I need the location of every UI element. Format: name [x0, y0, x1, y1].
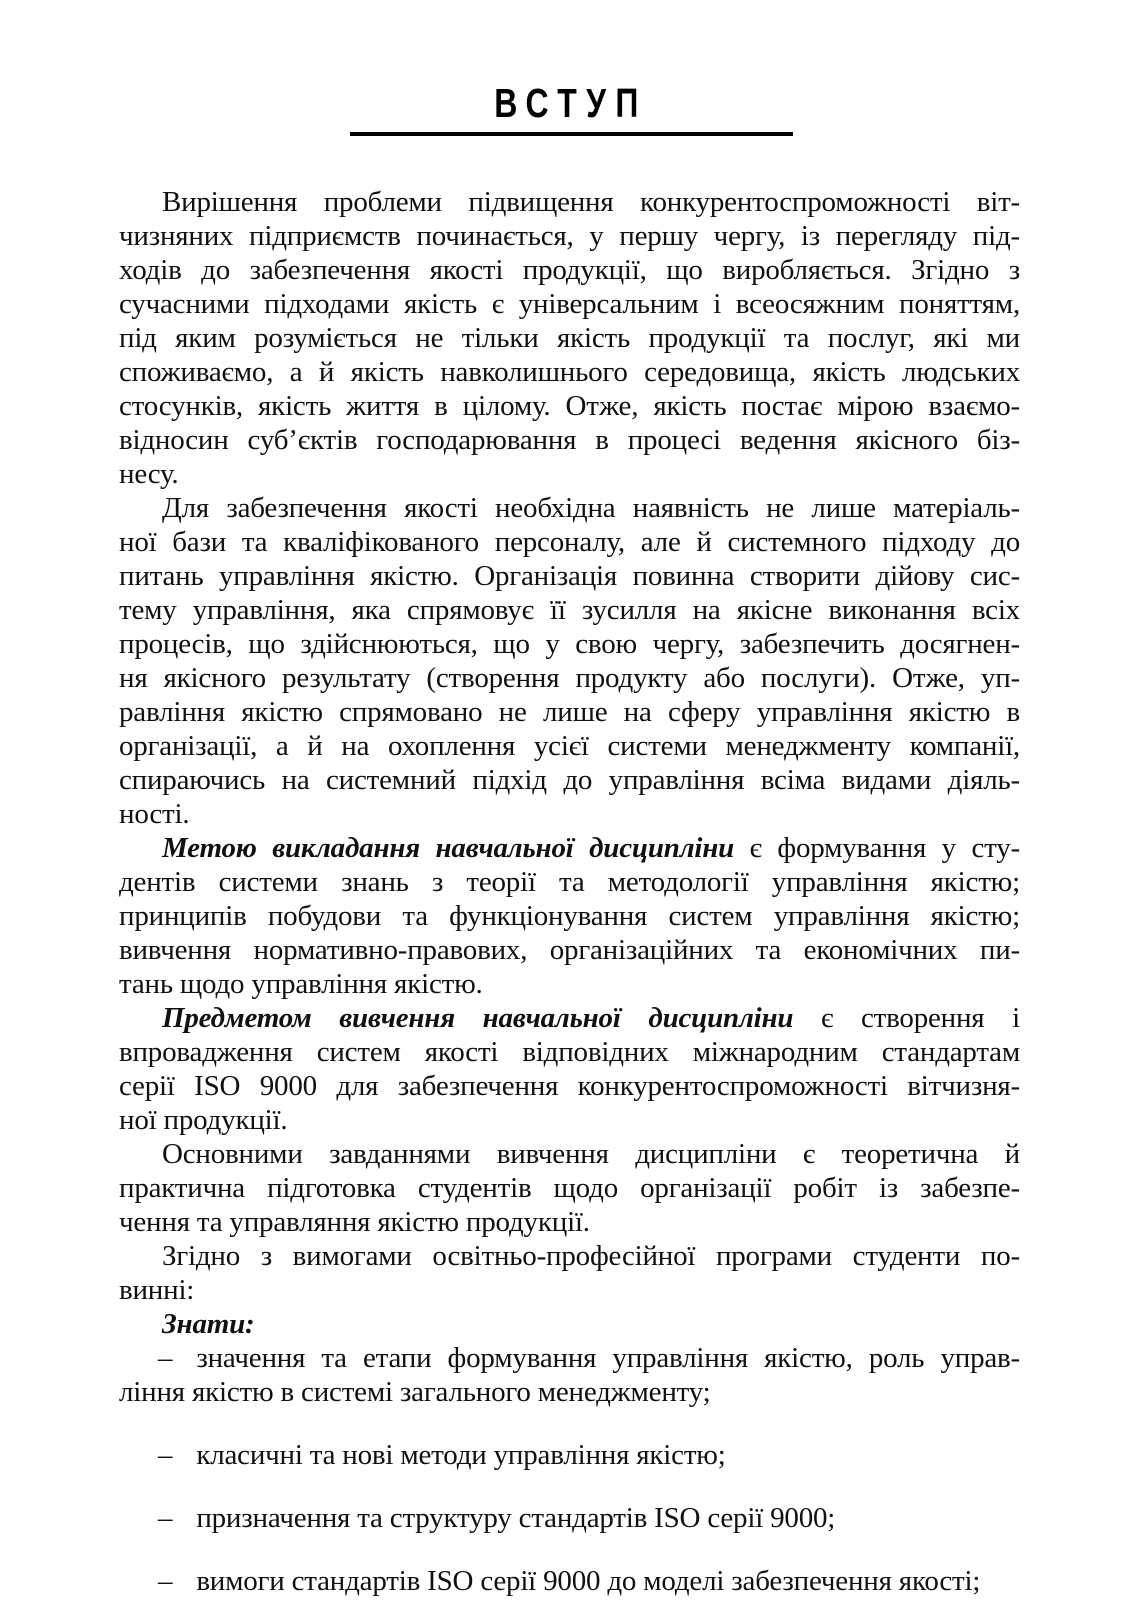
- paragraph: Знати:: [119, 1307, 1020, 1341]
- text-line: тань щодо управління якістю.: [119, 967, 1020, 1001]
- text-segment: вивчення нормативно-правових, організаці…: [119, 934, 1020, 966]
- text-segment: тему управління, яка спрямовує її зусилл…: [119, 594, 1020, 626]
- text-line: –вимоги стандартів ISO серії 9000 до мод…: [119, 1564, 1020, 1598]
- text-segment: питань управління якістю. Організація по…: [119, 560, 1020, 592]
- text-segment: чення та управляння якістю продукції.: [119, 1206, 590, 1238]
- text-line: ходів до забезпечення якості продукції, …: [119, 253, 1020, 287]
- emphasis-text: Метою викладання навчальної дисципліни: [162, 832, 734, 864]
- text-segment: призначення та структуру стандартів ISO …: [196, 1502, 835, 1534]
- paragraph: Для забезпечення якості необхідна наявні…: [119, 491, 1020, 831]
- emphasis-text: Предметом вивчення навчальної дисципліни: [162, 1002, 793, 1034]
- text-segment: равління якістю спрямовано не лише на сф…: [119, 696, 1020, 728]
- text-line: ління якістю в системі загального менедж…: [119, 1375, 1020, 1409]
- text-segment: споживаємо, а й якість навколишнього сер…: [119, 356, 1020, 388]
- paragraph: Вирішення проблеми підвищення конкуренто…: [119, 185, 1020, 491]
- text-segment: Вирішення проблеми підвищення конкуренто…: [162, 186, 1020, 218]
- text-segment: ходів до забезпечення якості продукції, …: [119, 254, 1020, 286]
- text-segment: Основними завданнями вивчення дисципліни…: [162, 1138, 1020, 1170]
- text-segment: під яким розуміється не тільки якість пр…: [119, 322, 1020, 354]
- list-item: –класичні та нові методи управління якіс…: [119, 1438, 1020, 1472]
- text-segment: організації, а й на охоплення усієї сист…: [119, 730, 1020, 762]
- text-segment: Для забезпечення якості необхідна наявні…: [162, 492, 1020, 524]
- text-line: –призначення та структуру стандартів ISO…: [119, 1501, 1020, 1535]
- text-line: сучасними підходами якість є універсальн…: [119, 287, 1020, 321]
- text-segment: значення та етапи формування управління …: [196, 1342, 1020, 1374]
- text-line: винні:: [119, 1273, 1020, 1307]
- text-line: спираючись на системний підхід до управл…: [119, 763, 1020, 797]
- text-segment: принципів побудови та функціонування сис…: [119, 900, 1020, 932]
- paragraph: Предметом вивчення навчальної дисципліни…: [119, 1001, 1020, 1137]
- text-line: принципів побудови та функціонування сис…: [119, 899, 1020, 933]
- text-segment: є формування у сту-: [734, 832, 1020, 864]
- emphasis-text: Знати:: [162, 1308, 255, 1340]
- text-line: Основними завданнями вивчення дисципліни…: [119, 1137, 1020, 1171]
- text-line: Згідно з вимогами освітньо-професійної п…: [119, 1239, 1020, 1273]
- text-segment: ності.: [119, 798, 189, 830]
- text-line: вивчення нормативно-правових, організаці…: [119, 933, 1020, 967]
- text-line: несу.: [119, 457, 1020, 491]
- text-line: дентів системи знань з теорії та методол…: [119, 865, 1020, 899]
- text-segment: впровадження систем якості відповідних м…: [119, 1036, 1020, 1068]
- text-segment: ної продукції.: [119, 1104, 287, 1136]
- text-line: чення та управляння якістю продукції.: [119, 1205, 1020, 1239]
- text-segment: процесів, що здійснюються, що у свою чер…: [119, 628, 1020, 660]
- text-segment: несу.: [119, 458, 178, 490]
- text-line: споживаємо, а й якість навколишнього сер…: [119, 355, 1020, 389]
- text-segment: спираючись на системний підхід до управл…: [119, 764, 1020, 796]
- text-segment: серії ISO 9000 для забезпечення конкурен…: [119, 1070, 1020, 1102]
- text-segment: сучасними підходами якість є універсальн…: [119, 288, 1020, 320]
- list-item: –призначення та структуру стандартів ISO…: [119, 1501, 1020, 1535]
- title-underline: [350, 132, 793, 136]
- text-segment: тань щодо управління якістю.: [119, 968, 483, 1000]
- text-line: серії ISO 9000 для забезпечення конкурен…: [119, 1069, 1020, 1103]
- text-line: Для забезпечення якості необхідна наявні…: [119, 491, 1020, 525]
- text-line: процесів, що здійснюються, що у свою чер…: [119, 627, 1020, 661]
- list-dash: –: [158, 1502, 172, 1534]
- text-segment: відносин суб’єктів господарювання в проц…: [119, 424, 1020, 456]
- text-line: равління якістю спрямовано не лише на сф…: [119, 695, 1020, 729]
- text-segment: класичні та нові методи управління якіст…: [196, 1439, 725, 1471]
- text-line: ня якісного результату (створення продук…: [119, 661, 1020, 695]
- list-item: –значення та етапи формування управління…: [119, 1341, 1020, 1409]
- text-segment: Згідно з вимогами освітньо-професійної п…: [162, 1240, 1020, 1272]
- text-segment: вимоги стандартів ISO серії 9000 до моде…: [196, 1565, 980, 1597]
- text-line: питань управління якістю. Організація по…: [119, 559, 1020, 593]
- text-line: впровадження систем якості відповідних м…: [119, 1035, 1020, 1069]
- text-line: відносин суб’єктів господарювання в проц…: [119, 423, 1020, 457]
- text-segment: дентів системи знань з теорії та методол…: [119, 866, 1020, 898]
- text-segment: чизняних підприємств починається, у перш…: [119, 220, 1020, 252]
- text-line: під яким розуміється не тільки якість пр…: [119, 321, 1020, 355]
- list-item: –вимоги стандартів ISO серії 9000 до мод…: [119, 1564, 1020, 1598]
- text-segment: винні:: [119, 1274, 194, 1306]
- body-text: Вирішення проблеми підвищення конкуренто…: [119, 185, 1020, 1598]
- text-line: ності.: [119, 797, 1020, 831]
- text-segment: стосунків, якість життя в цілому. Отже, …: [119, 390, 1020, 422]
- text-line: Предметом вивчення навчальної дисципліни…: [119, 1001, 1020, 1035]
- paragraph: Згідно з вимогами освітньо-професійної п…: [119, 1239, 1020, 1307]
- text-line: Вирішення проблеми підвищення конкуренто…: [119, 185, 1020, 219]
- text-line: практична підготовка студентів щодо орга…: [119, 1171, 1020, 1205]
- text-line: організації, а й на охоплення усієї сист…: [119, 729, 1020, 763]
- list-dash: –: [158, 1439, 172, 1471]
- text-segment: ної бази та кваліфікованого персоналу, а…: [119, 526, 1020, 558]
- text-line: чизняних підприємств починається, у перш…: [119, 219, 1020, 253]
- paragraph: Метою викладання навчальної дисципліни є…: [119, 831, 1020, 1001]
- text-line: ної бази та кваліфікованого персоналу, а…: [119, 525, 1020, 559]
- text-segment: ня якісного результату (створення продук…: [119, 662, 1020, 694]
- text-line: –значення та етапи формування управління…: [119, 1341, 1020, 1375]
- list-dash: –: [158, 1342, 172, 1374]
- text-line: –класичні та нові методи управління якіс…: [119, 1438, 1020, 1472]
- text-segment: є створення і: [793, 1002, 1020, 1034]
- list-dash: –: [158, 1565, 172, 1597]
- text-segment: ління якістю в системі загального менедж…: [119, 1376, 711, 1408]
- text-line: тему управління, яка спрямовує її зусилл…: [119, 593, 1020, 627]
- text-line: Метою викладання навчальної дисципліни є…: [119, 831, 1020, 865]
- text-line: Знати:: [119, 1307, 1020, 1341]
- document-page: ВСТУП Вирішення проблеми підвищення конк…: [0, 0, 1142, 1615]
- page-title: ВСТУП: [126, 83, 1017, 124]
- text-line: стосунків, якість життя в цілому. Отже, …: [119, 389, 1020, 423]
- paragraph: Основними завданнями вивчення дисципліни…: [119, 1137, 1020, 1239]
- text-line: ної продукції.: [119, 1103, 1020, 1137]
- text-segment: практична підготовка студентів щодо орга…: [119, 1172, 1020, 1204]
